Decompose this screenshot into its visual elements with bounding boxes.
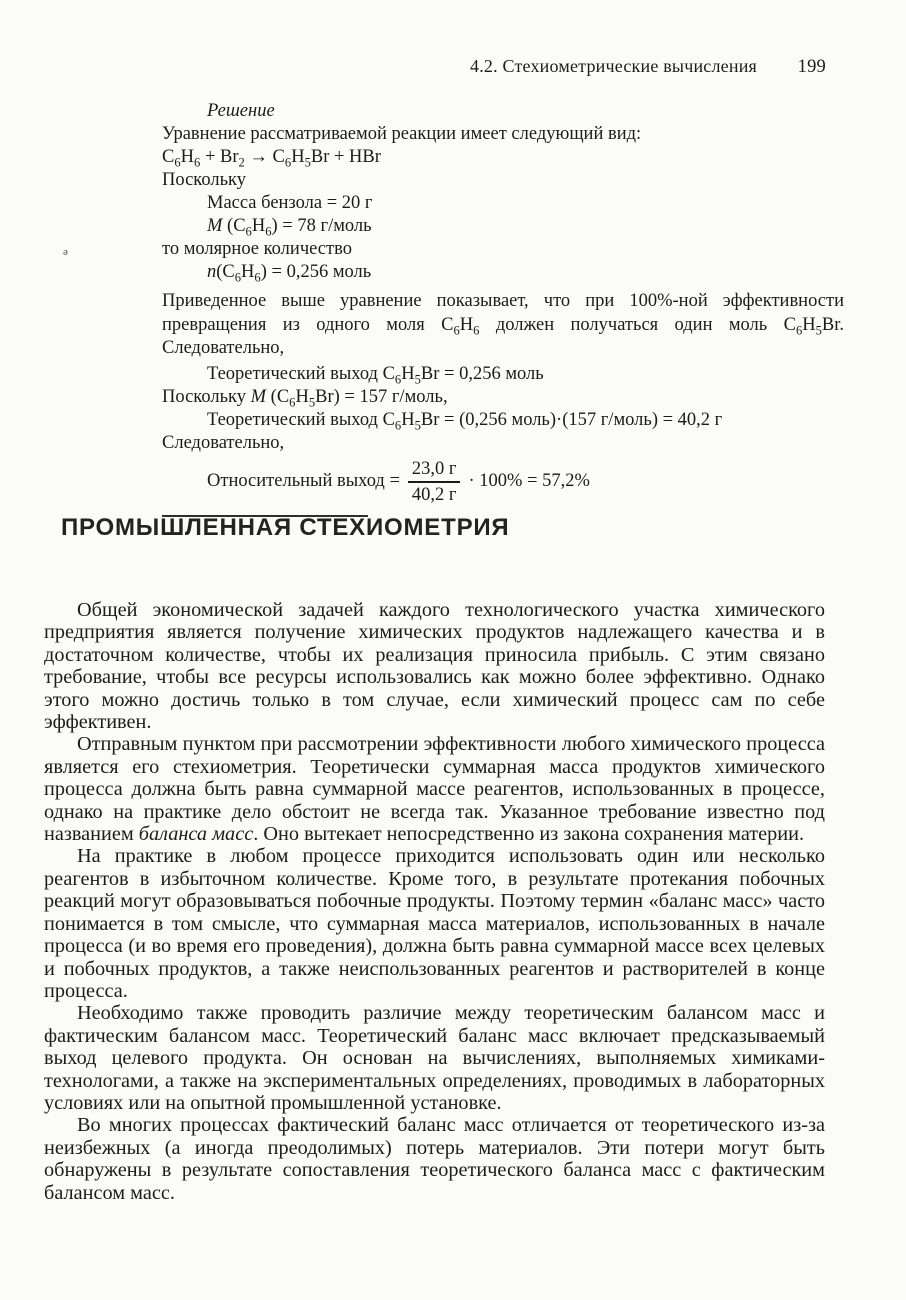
benzene-molar-mass-line: M (C6H6) = 78 г/моль (207, 215, 844, 238)
benzene-mass-line: Масса бензола = 20 г (207, 192, 844, 215)
yield-fraction: 23,0 г 40,2 г (408, 458, 461, 506)
fraction-denominator: 40,2 г (412, 483, 457, 506)
paragraph-5: Во многих процессах фактический баланс м… (44, 1114, 825, 1204)
fraction-numerator: 23,0 г (408, 458, 461, 483)
book-page: 4.2. Стехиометрические вычисления 199 Ре… (0, 0, 906, 1300)
solution-label: Решение (207, 100, 844, 123)
benzene-moles-line: n(C6H6) = 0,256 моль (207, 261, 844, 284)
explanation-paragraph: Приведенное выше уравнение показывает, ч… (162, 290, 844, 361)
scan-artifact: ə (63, 246, 68, 258)
body-text: Общей экономической задачей каждого техн… (44, 599, 825, 1204)
relative-yield-formula: Относительный выход = 23,0 г 40,2 г · 10… (207, 458, 844, 506)
paragraph-4: Необходимо также проводить различие межд… (44, 1002, 825, 1114)
page-number: 199 (798, 57, 826, 78)
paragraph-2: Отправным пунктом при рассмотрении эффек… (44, 733, 825, 845)
reaction-equation: C6H6 + Br2 → C6H5Br + HBr (162, 146, 844, 169)
worked-example: Решение Уравнение рассматриваемой реакци… (162, 100, 844, 517)
relative-yield-rhs: · 100% = 57,2% (468, 470, 589, 493)
relative-yield-lhs: Относительный выход = (207, 470, 400, 493)
theoretical-yield-mol-line: Теоретический выход C6H5Br = 0,256 моль (207, 363, 844, 386)
since-molar-mass-line: Поскольку M (C6H5Br) = 157 г/моль, (162, 386, 844, 409)
paragraph-1: Общей экономической задачей каждого техн… (44, 599, 825, 733)
molar-quantity-label: то молярное количество (162, 238, 844, 261)
running-header: 4.2. Стехиометрические вычисления 199 (470, 56, 826, 78)
therefore-label: Следовательно, (162, 432, 844, 455)
running-header-title: 4.2. Стехиометрические вычисления (470, 56, 757, 77)
theoretical-yield-mass-line: Теоретический выход C6H5Br = (0,256 моль… (207, 409, 844, 432)
equation-intro: Уравнение рассматриваемой реакции имеет … (162, 123, 844, 146)
section-heading: ПРОМЫШЛЕННАЯ СТЕХИОМЕТРИЯ (61, 514, 509, 542)
since-label: Поскольку (162, 169, 844, 192)
paragraph-3: На практике в любом процессе приходится … (44, 845, 825, 1002)
